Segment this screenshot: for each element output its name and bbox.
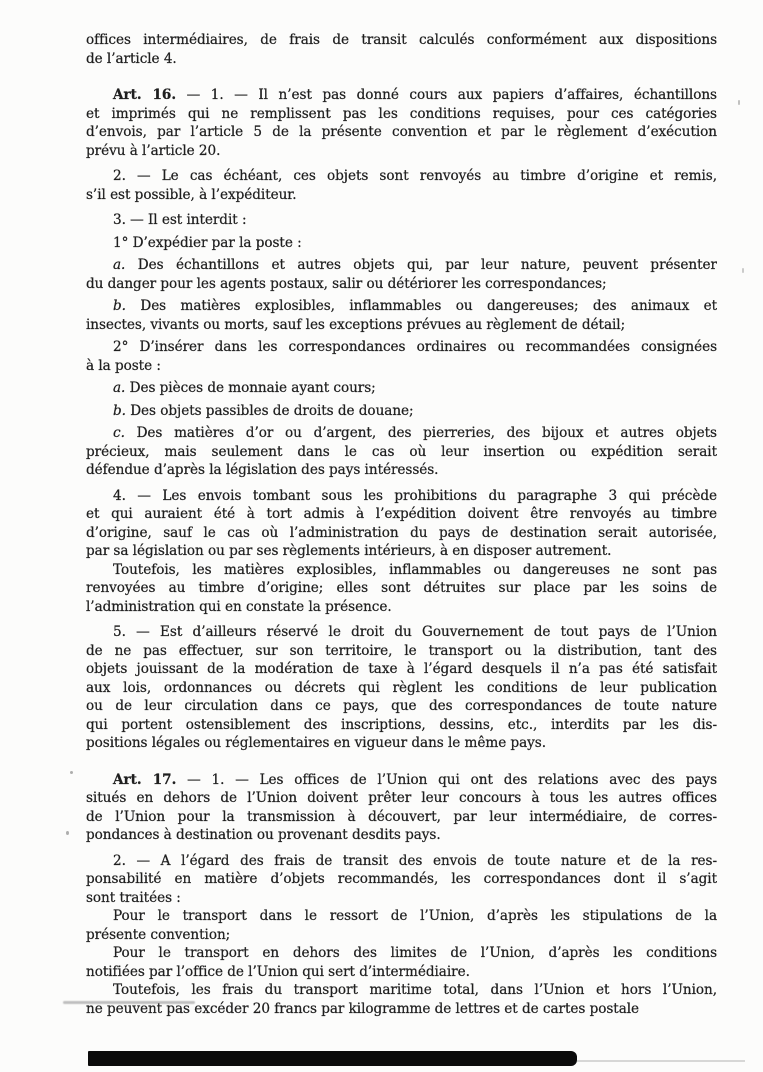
text-line: Pour le transport en dehors des limites … bbox=[86, 944, 717, 963]
text-line: 3. — Il est interdit : bbox=[86, 211, 717, 230]
text-line: s’il est possible, à l’expéditeur. bbox=[86, 186, 717, 205]
text-line: 1° D’expédier par la poste : bbox=[86, 234, 717, 253]
scan-artifact-bar bbox=[88, 1051, 577, 1066]
paragraph: Toutefois, les matières explosibles, inf… bbox=[86, 561, 717, 617]
text-line: Toutefois, les matières explosibles, inf… bbox=[86, 561, 717, 580]
item-marker: b. bbox=[113, 298, 126, 314]
text-line: précieux, mais seulement dans le cas où … bbox=[86, 443, 717, 462]
item-marker: c. bbox=[113, 425, 125, 441]
text-line: offices intermédiaires, de frais de tran… bbox=[86, 31, 717, 50]
paragraph: a. Des pièces de monnaie ayant cours; bbox=[86, 379, 717, 398]
item-marker: a. bbox=[113, 380, 125, 396]
paragraph: 1° D’expédier par la poste : bbox=[86, 234, 717, 253]
scanned-page: offices intermédiaires, de frais de tran… bbox=[0, 0, 763, 1072]
item-marker: b. bbox=[113, 403, 126, 419]
scan-smudge bbox=[63, 1001, 195, 1004]
text-line: et imprimés qui ne remplissent pas les c… bbox=[86, 105, 717, 124]
scan-artifact-hairline bbox=[577, 1060, 745, 1062]
text-line: c. Des matières d’or ou d’argent, des pi… bbox=[86, 424, 717, 443]
text-line: défendue d’après la législation des pays… bbox=[86, 461, 717, 480]
text-line: b. Des objets passibles de droits de dou… bbox=[86, 402, 717, 421]
scan-speck bbox=[70, 771, 73, 774]
paragraph: 5. — Est d’ailleurs réservé le droit du … bbox=[86, 623, 717, 753]
text-line: positions légales ou réglementaires en v… bbox=[86, 734, 717, 753]
text-line: insectes, vivants ou morts, sauf les exc… bbox=[86, 316, 717, 335]
paragraph: Art. 17. — 1. — Les offices de l’Union q… bbox=[86, 771, 717, 845]
text-line: situés en dehors de l’Union doivent prêt… bbox=[86, 789, 717, 808]
text-line: sont traitées : bbox=[86, 889, 717, 908]
text-line: du danger pour les agents postaux, salir… bbox=[86, 275, 717, 294]
paragraph: Pour le transport en dehors des limites … bbox=[86, 944, 717, 981]
text-line: d’origine, sauf le cas où l’administrati… bbox=[86, 524, 717, 543]
text-line: 2° D’insérer dans les correspondances or… bbox=[86, 338, 717, 357]
article-heading: Art. 17. bbox=[113, 772, 176, 788]
text-line: objets jouissant de la modération de tax… bbox=[86, 660, 717, 679]
text-block: offices intermédiaires, de frais de tran… bbox=[86, 31, 717, 1018]
scan-speck bbox=[66, 831, 69, 835]
text-line: l’administration qui en constate la prés… bbox=[86, 598, 717, 617]
text-line: d’envois, par l’article 5 de la présente… bbox=[86, 123, 717, 142]
text-line: Pour le transport dans le ressort de l’U… bbox=[86, 907, 717, 926]
paragraph: b. Des matières explosibles, inflammable… bbox=[86, 297, 717, 334]
text-line: de l’Union pour la transmission à découv… bbox=[86, 808, 717, 827]
paragraph: 2. — A l’égard des frais de transit des … bbox=[86, 852, 717, 908]
text-line: notifiées par l’office de l’Union qui se… bbox=[86, 963, 717, 982]
paragraph: Art. 16. — 1. — Il n’est pas donné cours… bbox=[86, 86, 717, 160]
paragraph: 2° D’insérer dans les correspondances or… bbox=[86, 338, 717, 375]
text-line: de ne pas effectuer, sur son territoire,… bbox=[86, 642, 717, 661]
paragraph: Toutefois, les frais du transport mariti… bbox=[86, 981, 717, 1018]
text-line: ou de leur circulation dans ce pays, que… bbox=[86, 697, 717, 716]
paragraph: 2. — Le cas échéant, ces objets sont ren… bbox=[86, 167, 717, 204]
text-line: prévu à l’article 20. bbox=[86, 142, 717, 161]
text-line: Art. 17. — 1. — Les offices de l’Union q… bbox=[86, 771, 717, 790]
scan-speck bbox=[738, 100, 740, 105]
text-line: de l’article 4. bbox=[86, 50, 717, 69]
text-line: a. Des échantillons et autres objets qui… bbox=[86, 256, 717, 275]
text-line: présente convention; bbox=[86, 926, 717, 945]
paragraph: 3. — Il est interdit : bbox=[86, 211, 717, 230]
text-line: pondances à destination ou provenant des… bbox=[86, 826, 717, 845]
article-heading: Art. 16. bbox=[113, 87, 176, 103]
paragraph: c. Des matières d’or ou d’argent, des pi… bbox=[86, 424, 717, 480]
text-line: Toutefois, les frais du transport mariti… bbox=[86, 981, 717, 1000]
text-line: 2. — A l’égard des frais de transit des … bbox=[86, 852, 717, 871]
text-line: Art. 16. — 1. — Il n’est pas donné cours… bbox=[86, 86, 717, 105]
text-line: à la poste : bbox=[86, 357, 717, 376]
text-line: par sa législation ou par ses règlements… bbox=[86, 542, 717, 561]
item-marker: a. bbox=[113, 257, 125, 273]
paragraph: Pour le transport dans le ressort de l’U… bbox=[86, 907, 717, 944]
scan-speck bbox=[742, 268, 744, 273]
text-line: et qui auraient été à tort admis à l’exp… bbox=[86, 505, 717, 524]
text-line: renvoyées au timbre d’origine; elles son… bbox=[86, 579, 717, 598]
paragraph: a. Des échantillons et autres objets qui… bbox=[86, 256, 717, 293]
text-line: a. Des pièces de monnaie ayant cours; bbox=[86, 379, 717, 398]
paragraph: b. Des objets passibles de droits de dou… bbox=[86, 402, 717, 421]
text-line: 2. — Le cas échéant, ces objets sont ren… bbox=[86, 167, 717, 186]
paragraph: 4. — Les envois tombant sous les prohibi… bbox=[86, 487, 717, 561]
paragraph: offices intermédiaires, de frais de tran… bbox=[86, 31, 717, 68]
text-line: 5. — Est d’ailleurs réservé le droit du … bbox=[86, 623, 717, 642]
text-line: qui portent ostensiblement des inscripti… bbox=[86, 716, 717, 735]
text-line: ponsabilité en matière d’objets recomman… bbox=[86, 870, 717, 889]
text-line: 4. — Les envois tombant sous les prohibi… bbox=[86, 487, 717, 506]
text-line: b. Des matières explosibles, inflammable… bbox=[86, 297, 717, 316]
text-line: aux lois, ordonnances ou décrets qui règ… bbox=[86, 679, 717, 698]
